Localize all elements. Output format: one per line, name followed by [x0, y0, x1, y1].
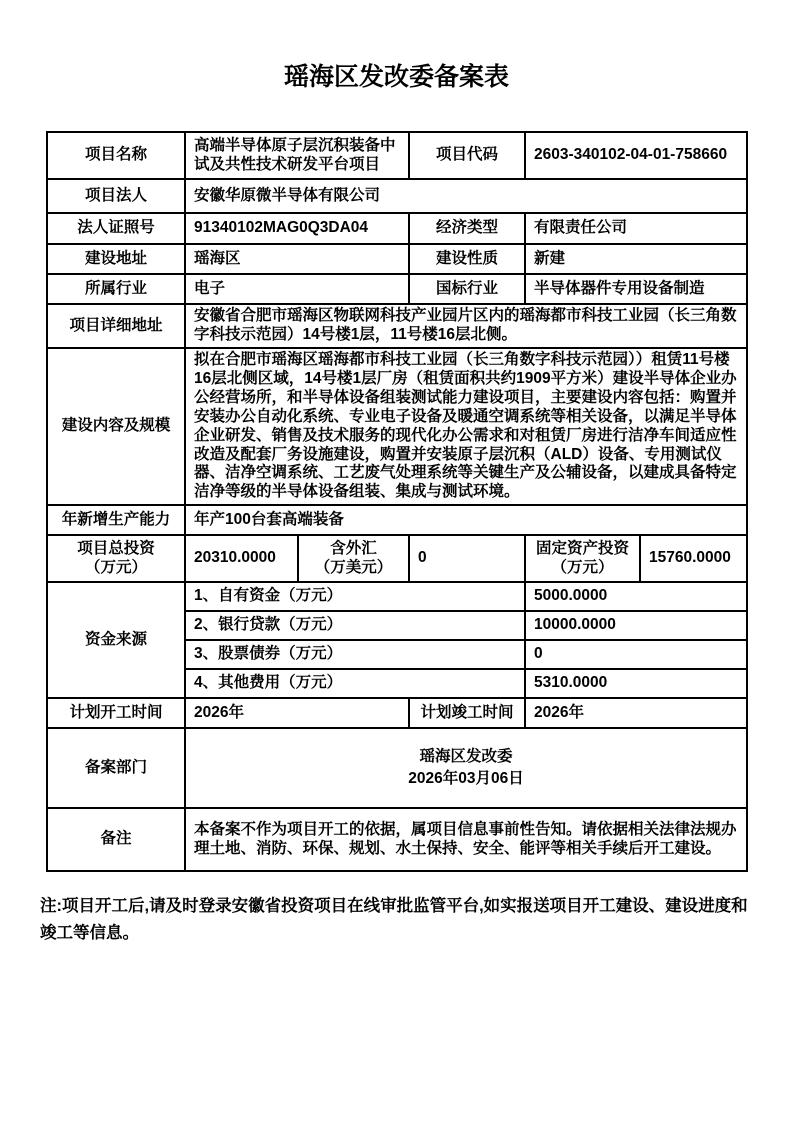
foreign-currency-value: 0: [409, 535, 525, 582]
table-row: 项目名称 高端半导体原子层沉积装备中试及共性技术研发平台项目 项目代码 2603…: [47, 132, 747, 179]
build-address-label: 建设地址: [47, 244, 185, 274]
table-row: 法人证照号 91340102MAG0Q3DA04 经济类型 有限责任公司: [47, 213, 747, 244]
page-title: 瑶海区发改委备案表: [0, 0, 793, 93]
filing-form-table: 项目名称 高端半导体原子层沉积装备中试及共性技术研发平台项目 项目代码 2603…: [46, 131, 748, 872]
detail-address-label: 项目详细地址: [47, 304, 185, 348]
new-capacity-value: 年产100台套高端装备: [185, 505, 747, 535]
filing-department-cell: 瑶海区发改委 2026年03月06日: [185, 728, 747, 808]
content-scale-value: 拟在合肥市瑶海区瑶海都市科技工业园（长三角数字科技示范园））租赁11号楼16层北…: [185, 348, 747, 505]
planned-start-value: 2026年: [185, 698, 409, 728]
planned-completion-value: 2026年: [525, 698, 747, 728]
table-row: 年新增生产能力 年产100台套高端装备: [47, 505, 747, 535]
build-address-value: 瑶海区: [185, 244, 409, 274]
funding-item-value: 5310.0000: [525, 669, 747, 698]
project-name-label: 项目名称: [47, 132, 185, 179]
funding-item-label: 2、银行贷款（万元）: [185, 611, 525, 640]
economic-type-value: 有限责任公司: [525, 213, 747, 244]
document-page: 瑶海区发改委备案表 项目名称 高端半导体原子层沉积装备中试及共性技术研发平台项目…: [0, 0, 793, 1122]
remarks-label: 备注: [47, 808, 185, 871]
table-row: 备案部门 瑶海区发改委 2026年03月06日: [47, 728, 747, 808]
table-row: 建设内容及规模 拟在合肥市瑶海区瑶海都市科技工业园（长三角数字科技示范园））租赁…: [47, 348, 747, 505]
industry-value: 电子: [185, 274, 409, 304]
legal-person-label: 项目法人: [47, 179, 185, 213]
funding-item-value: 5000.0000: [525, 582, 747, 611]
fixed-assets-label: 固定资产投资 （万元）: [525, 535, 640, 582]
footnote: 注:项目开工后,请及时登录安徽省投资项目在线审批监管平台,如实报送项目开工建设、…: [40, 893, 751, 946]
license-no-label: 法人证照号: [47, 213, 185, 244]
planned-completion-label: 计划竣工时间: [409, 698, 525, 728]
content-scale-label: 建设内容及规模: [47, 348, 185, 505]
national-industry-value: 半导体器件专用设备制造: [525, 274, 747, 304]
total-investment-label: 项目总投资 （万元）: [47, 535, 185, 582]
filing-department-name: 瑶海区发改委: [194, 746, 738, 768]
build-nature-label: 建设性质: [409, 244, 525, 274]
table-row: 计划开工时间 2026年 计划竣工时间 2026年: [47, 698, 747, 728]
national-industry-label: 国标行业: [409, 274, 525, 304]
fixed-assets-value: 15760.0000: [640, 535, 747, 582]
remarks-value: 本备案不作为项目开工的依据，属项目信息事前性告知。请依据相关法律法规办理土地、消…: [185, 808, 747, 871]
foreign-currency-label: 含外汇 （万美元）: [298, 535, 409, 582]
funding-item-value: 10000.0000: [525, 611, 747, 640]
funding-item-label: 3、股票债券（万元）: [185, 640, 525, 669]
table-row: 备注 本备案不作为项目开工的依据，属项目信息事前性告知。请依据相关法律法规办理土…: [47, 808, 747, 871]
legal-person-value: 安徽华原微半导体有限公司: [185, 179, 747, 213]
economic-type-label: 经济类型: [409, 213, 525, 244]
build-nature-value: 新建: [525, 244, 747, 274]
industry-label: 所属行业: [47, 274, 185, 304]
funding-item-value: 0: [525, 640, 747, 669]
project-name-value: 高端半导体原子层沉积装备中试及共性技术研发平台项目: [185, 132, 409, 179]
funding-item-label: 4、其他费用（万元）: [185, 669, 525, 698]
project-code-label: 项目代码: [409, 132, 525, 179]
project-code-value: 2603-340102-04-01-758660: [525, 132, 747, 179]
table-row: 项目总投资 （万元） 20310.0000 含外汇 （万美元） 0 固定资产投资…: [47, 535, 747, 582]
planned-start-label: 计划开工时间: [47, 698, 185, 728]
license-no-value: 91340102MAG0Q3DA04: [185, 213, 409, 244]
funding-source-label: 资金来源: [47, 582, 185, 698]
table-row: 所属行业 电子 国标行业 半导体器件专用设备制造: [47, 274, 747, 304]
filing-date: 2026年03月06日: [194, 768, 738, 790]
new-capacity-label: 年新增生产能力: [47, 505, 185, 535]
total-investment-value: 20310.0000: [185, 535, 298, 582]
table-row: 项目法人 安徽华原微半导体有限公司: [47, 179, 747, 213]
detail-address-value: 安徽省合肥市瑶海区物联网科技产业园片区内的瑶海都市科技工业园（长三角数字科技示范…: [185, 304, 747, 348]
funding-item-label: 1、自有资金（万元）: [185, 582, 525, 611]
table-row: 建设地址 瑶海区 建设性质 新建: [47, 244, 747, 274]
filing-department-label: 备案部门: [47, 728, 185, 808]
table-row: 项目详细地址 安徽省合肥市瑶海区物联网科技产业园片区内的瑶海都市科技工业园（长三…: [47, 304, 747, 348]
table-row: 资金来源 1、自有资金（万元） 5000.0000: [47, 582, 747, 611]
